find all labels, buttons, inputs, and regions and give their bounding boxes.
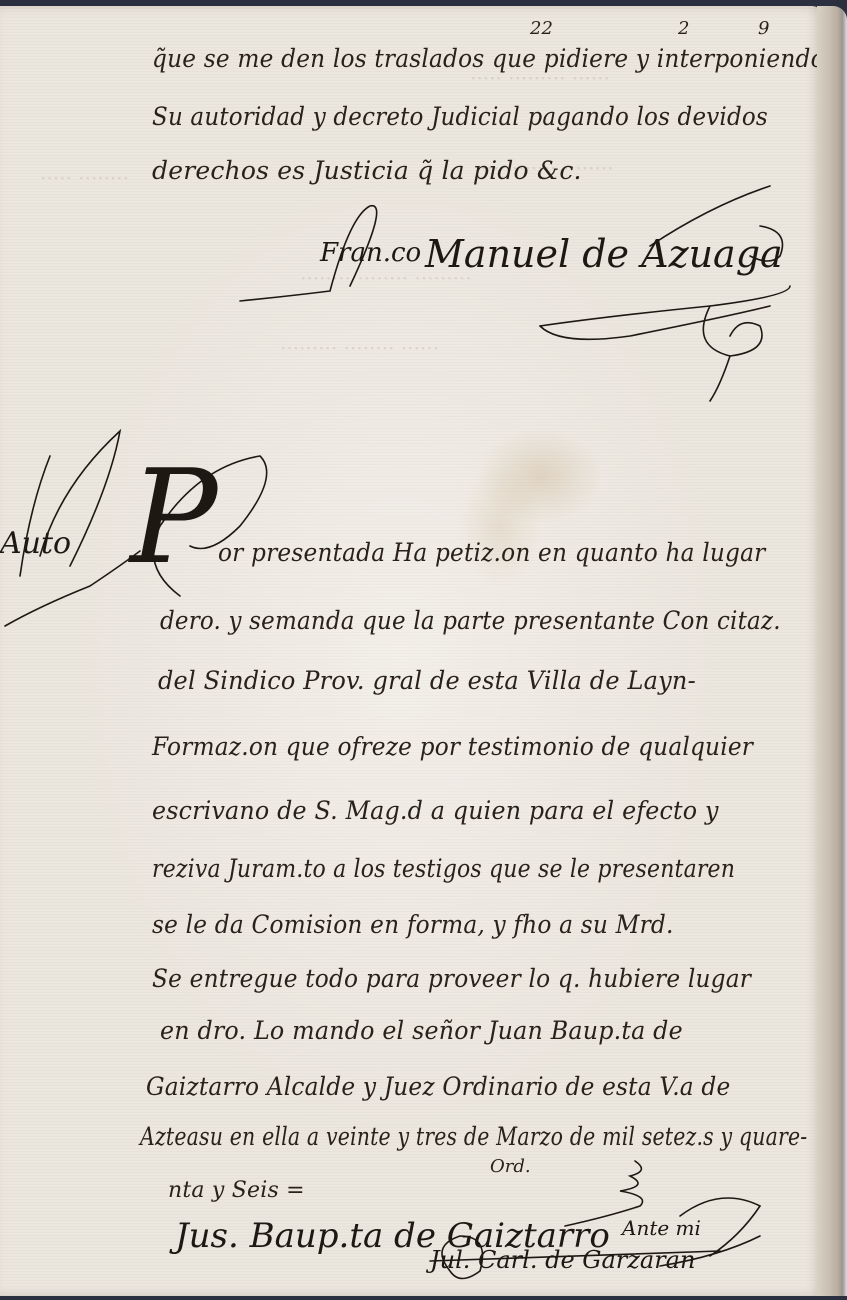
text-line-4: or presentada Ha petiz.on en quanto ha l…: [218, 538, 765, 567]
superscript-mark: 22: [530, 18, 553, 39]
text-line-7: Formaz.on que ofreze por testimonio de q…: [152, 732, 753, 761]
text-line-5: dero. y semanda que la parte presentante…: [160, 606, 781, 635]
initial-flourish-icon: [120, 446, 300, 616]
text-line-9: reziva Juram.to a los testigos que se le…: [152, 854, 735, 883]
superscript-mark: 9: [758, 18, 769, 39]
page-edge: [817, 6, 847, 1296]
scanned-document: ······ ········· ····· ········ ······· …: [0, 0, 847, 1300]
text-line-1: q̃ue se me den los traslados que pidiere…: [152, 44, 825, 73]
signature-flourish-icon: [230, 176, 810, 406]
text-line-13: Gaiztarro Alcalde y Juez Ordinario de es…: [146, 1072, 730, 1101]
text-line-15: nta y Seis =: [168, 1178, 305, 1203]
bleed-through-text: ········ ·····: [40, 166, 129, 190]
text-line-14: Azteasu en ella a veinte y tres de Marzo…: [140, 1122, 807, 1151]
superscript-mark: 2: [678, 18, 689, 39]
superscript-mark: Ord.: [490, 1156, 531, 1177]
manuscript-page: ······ ········· ····· ········ ······· …: [0, 6, 822, 1296]
text-line-10: se le da Comision en forma, y fho a su M…: [152, 910, 674, 939]
text-line-6: del Sindico Prov. gral de esta Villa de …: [158, 666, 696, 695]
text-line-11: Se entregue todo para proveer lo q. hubi…: [152, 964, 751, 993]
text-line-2: Su autoridad y decreto Judicial pagando …: [152, 102, 768, 131]
text-line-8: escrivano de S. Mag.d a quien para el ef…: [152, 796, 719, 825]
text-line-12: en dro. Lo mando el señor Juan Baup.ta d…: [160, 1016, 683, 1045]
escribano-flourish-icon: [420, 1176, 800, 1296]
